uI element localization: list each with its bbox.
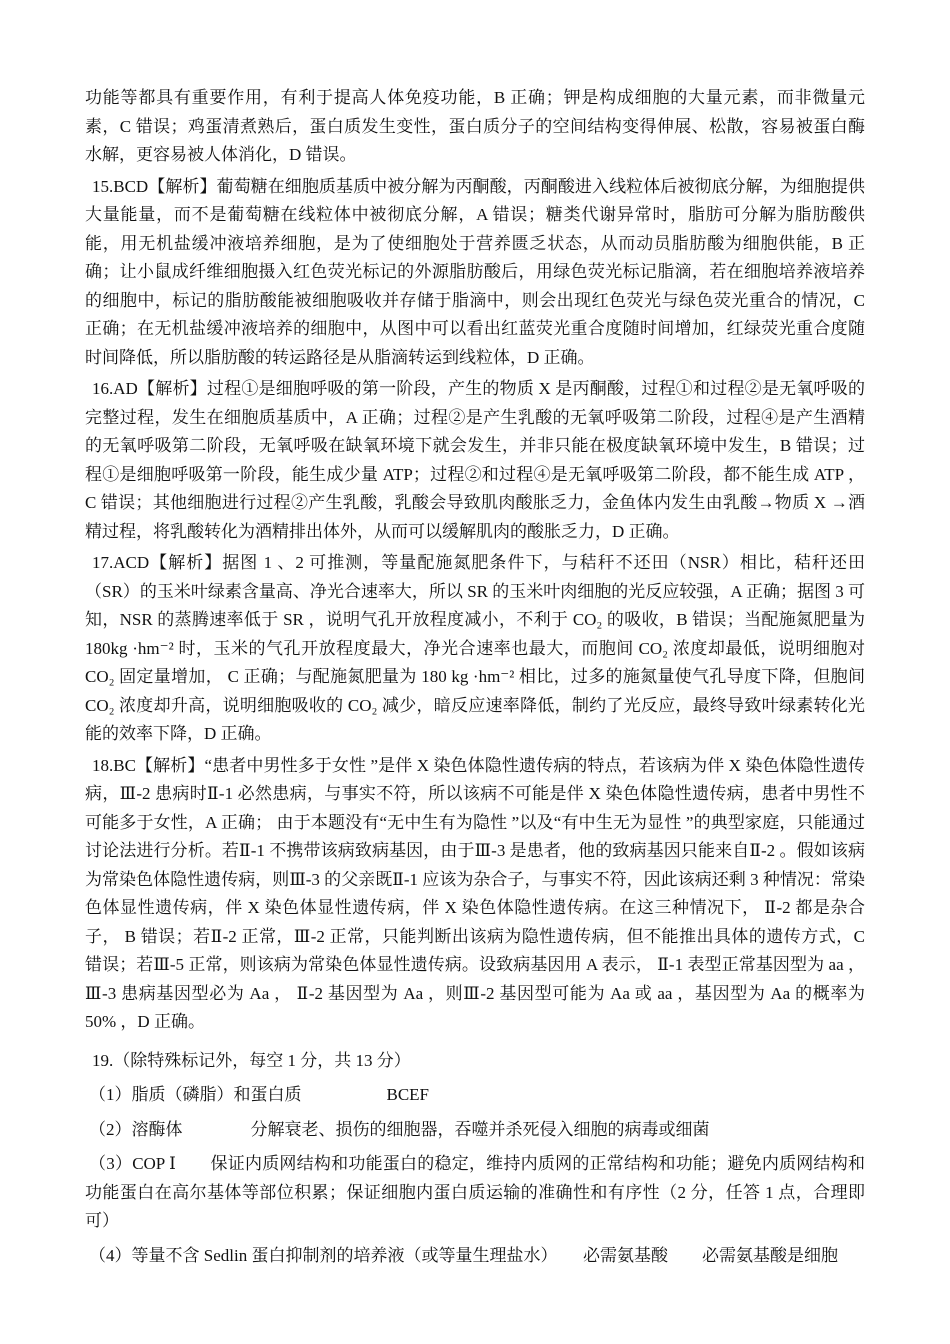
question-19-answer-1: （1）脂质（磷脂）和蛋白质 BCEF	[85, 1081, 865, 1110]
paragraph-answer-17: 17.ACD【解析】据图 1 、2 可推测，等量配施氮肥条件下，与秸秆不还田（N…	[85, 549, 865, 749]
paragraph-answer-15: 15.BCD【解析】葡萄糖在细胞质基质中被分解为丙酮酸，丙酮酸进入线粒体后被彻底…	[85, 173, 865, 373]
question-19-answer-2: （2）溶酶体 分解衰老、损伤的细胞器，吞噬并杀死侵入细胞的病毒或细菌	[85, 1116, 865, 1145]
paragraph-answer-14-continuation: 功能等都具有重要作用，有利于提高人体免疫功能，B 正确；钾是构成细胞的大量元素，…	[85, 84, 865, 170]
question-19-heading: 19.（除特殊标记外，每空 1 分，共 13 分）	[85, 1047, 865, 1076]
question-19-answer-4: （4）等量不含 Sedlin 蛋白抑制剂的培养液（或等量生理盐水） 必需氨基酸 …	[85, 1242, 865, 1271]
paragraph-answer-18: 18.BC【解析】“患者中男性多于女性 ”是伴 X 染色体隐性遗传病的特点，若该…	[85, 752, 865, 1037]
document-page: 功能等都具有重要作用，有利于提高人体免疫功能，B 正确；钾是构成细胞的大量元素，…	[0, 0, 950, 1344]
paragraph-answer-16: 16.AD【解析】过程①是细胞呼吸的第一阶段，产生的物质 X 是丙酮酸，过程①和…	[85, 375, 865, 546]
question-19-answer-3: （3）COP Ⅰ 保证内质网结构和功能蛋白的稳定，维持内质网的正常结构和功能；避…	[85, 1150, 865, 1236]
